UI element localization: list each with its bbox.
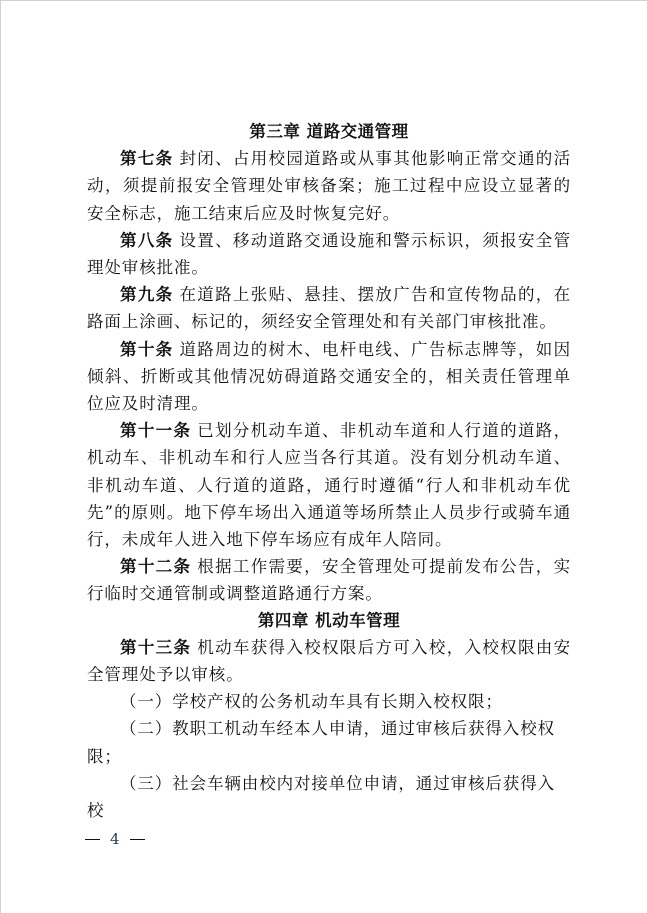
dash-right bbox=[130, 839, 145, 840]
list-item: （一）学校产权的公务机动车具有长期入校权限； bbox=[87, 688, 571, 715]
article-paragraph: 第十二条根据工作需要，安全管理处可提前发布公告，实行临时交通管制或调整道路通行方… bbox=[87, 553, 571, 607]
chapter-heading: 第三章 道路交通管理 bbox=[87, 118, 571, 145]
article-paragraph: 第十一条已划分机动车道、非机动车道和人行道的道路，机动车、非机动车和行人应当各行… bbox=[87, 417, 571, 553]
article-paragraph: 第八条设置、移动道路交通设施和警示标识，须报安全管理处审核批准。 bbox=[87, 227, 571, 281]
article-label: 第十条 bbox=[120, 340, 173, 359]
page-content: 第三章 道路交通管理 第七条封闭、占用校园道路或从事其他影响正常交通的活动，须提… bbox=[87, 118, 571, 824]
article-label: 第八条 bbox=[120, 231, 173, 250]
document-page: 第三章 道路交通管理 第七条封闭、占用校园道路或从事其他影响正常交通的活动，须提… bbox=[1, 1, 647, 913]
article-paragraph: 第十三条机动车获得入校权限后方可入校，入校权限由安全管理处予以审核。 bbox=[87, 634, 571, 688]
list-item: （二）教职工机动车经本人申请，通过审核后获得入校权限； bbox=[87, 715, 571, 769]
article-text: 已划分机动车道、非机动车道和人行道的道路，机动车、非机动车和行人应当各行其道。没… bbox=[87, 421, 571, 549]
article-label: 第十一条 bbox=[120, 421, 191, 440]
article-paragraph: 第七条封闭、占用校园道路或从事其他影响正常交通的活动，须提前报安全管理处审核备案… bbox=[87, 145, 571, 227]
page-number: 4 bbox=[110, 830, 120, 848]
article-label: 第十二条 bbox=[120, 557, 191, 576]
article-label: 第十三条 bbox=[120, 638, 191, 657]
article-label: 第七条 bbox=[120, 149, 173, 168]
article-label: 第九条 bbox=[120, 285, 173, 304]
dash-left bbox=[85, 839, 100, 840]
article-paragraph: 第九条在道路上张贴、悬挂、摆放广告和宣传物品的，在路面上涂画、标记的，须经安全管… bbox=[87, 281, 571, 335]
list-item: （三）社会车辆由校内对接单位申请，通过审核后获得入校 bbox=[87, 770, 571, 824]
page-footer: 4 bbox=[85, 830, 145, 848]
chapter-heading: 第四章 机动车管理 bbox=[87, 607, 571, 634]
article-paragraph: 第十条道路周边的树木、电杆电线、广告标志牌等，如因倾斜、折断或其他情况妨碍道路交… bbox=[87, 336, 571, 418]
